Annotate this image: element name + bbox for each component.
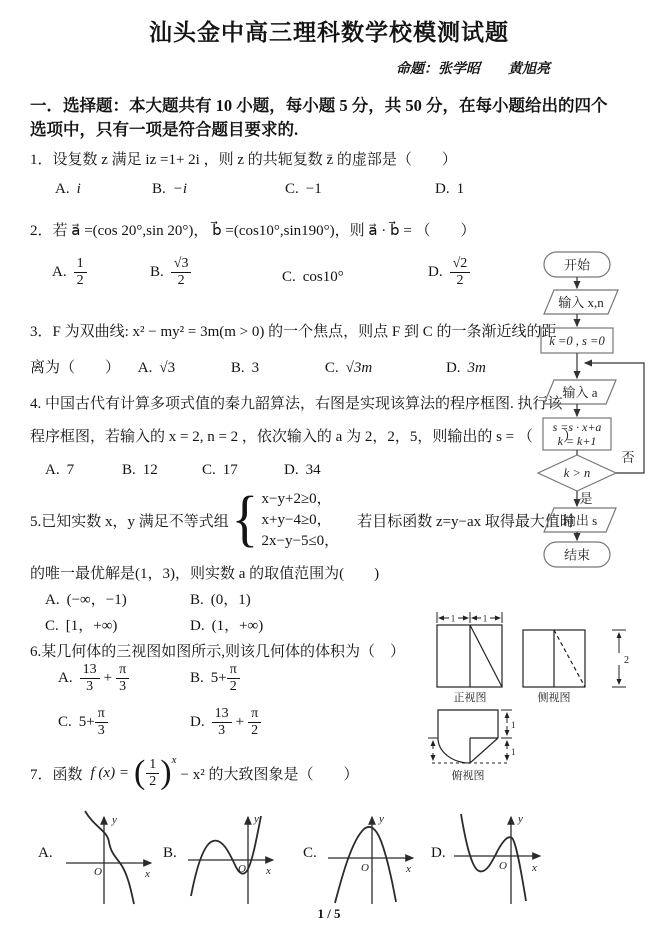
front-dim-2: 1 — [483, 614, 488, 624]
start-label: 开始 — [564, 258, 591, 273]
y-axis-label: y — [253, 813, 259, 825]
x-axis-label: x — [405, 863, 411, 875]
three-view-diagram: 1 1 正视图 2 侧视图 — [426, 607, 658, 789]
curve — [191, 816, 261, 896]
front-view — [437, 625, 502, 687]
exam-page: 汕头金中高三理科数学校模测试题 命题：张学昭 黄旭亮 一．选择题：本大题共有 1… — [0, 0, 658, 934]
option: C.17 — [202, 462, 238, 479]
question-3-text: 3．F 为双曲线: x² − my² = 3m(m > 0) 的一个焦点，则点 … — [30, 320, 556, 341]
graph-a: y x O — [62, 808, 162, 908]
option: D. 133 + π2 — [190, 706, 261, 738]
front-view-dims — [437, 612, 502, 623]
graph-label-b: B. — [163, 845, 177, 862]
origin-label: O — [238, 863, 246, 875]
question-5-text: 5.已知实数 x，y 满足不等式组 { x−y+2≥0， x+y−4≥0， 2x… — [30, 484, 575, 556]
option: D.34 — [284, 462, 321, 479]
option: C.cos10° — [282, 269, 344, 286]
option: B.12 — [122, 462, 158, 479]
front-view-label: 正视图 — [454, 691, 487, 704]
curve — [461, 814, 526, 901]
origin-label: O — [94, 866, 102, 878]
system-brace: { — [231, 492, 258, 548]
option: D.√22 — [428, 256, 470, 288]
option: B.3 — [231, 360, 259, 376]
assign-line-1: s =s · x+a — [553, 420, 602, 434]
question-2-text: 2．若 a⃗ =(cos 20°,sin 20°)， b⃗ =(cos10°,s… — [30, 219, 476, 240]
authors-line: 命题：张学昭 黄旭亮 — [396, 58, 550, 78]
output-label: 输出 s — [563, 513, 597, 528]
question-4-line2: 程序框图，若输入的 x = 2, n = 2 ，依次输入的 a 为 2，2，5，… — [30, 425, 578, 446]
top-dim-2: 1 — [511, 747, 516, 757]
top-view-label: 俯视图 — [452, 769, 485, 782]
origin-label: O — [361, 862, 369, 874]
x-axis-label: x — [265, 865, 271, 877]
side-view — [523, 630, 585, 687]
question-3-line2: 离为（ ） A.√3 B.3 C.√3m D.3m — [30, 356, 486, 377]
x-axis-label: x — [531, 862, 537, 874]
graph-label-d: D. — [431, 845, 446, 862]
option: C. 5+ π3 — [58, 706, 108, 738]
section-line-2: 选项中，只有一项是符合题目要求的. — [30, 118, 636, 142]
no-label: 否 — [621, 450, 634, 465]
y-axis-label: y — [378, 813, 384, 825]
option: A.(−∞，−1) — [45, 588, 127, 609]
option: C.√3m — [325, 360, 372, 376]
question-1-text: 1．设复数 z 满足 iz =1+ 2i ，则 z 的共轭复数 z̄ 的虚部是（… — [30, 148, 457, 169]
option: A. 133 + π3 — [58, 662, 129, 694]
init-label: k =0 , s =0 — [549, 334, 605, 348]
option: D.1 — [435, 181, 464, 198]
curve — [85, 811, 134, 904]
origin-label: O — [499, 860, 507, 872]
option: D.(1，+∞) — [190, 614, 263, 635]
option: C.−1 — [285, 181, 322, 198]
page-title: 汕头金中高三理科数学校模测试题 — [0, 14, 658, 47]
section-line-1: 一．选择题：本大题共有 10 小题，每小题 5 分，共 50 分，在每小题给出的… — [30, 94, 636, 118]
option: B.√32 — [150, 256, 191, 288]
option: A.√3 — [138, 360, 175, 376]
end-label: 结束 — [564, 548, 590, 563]
input-xn-label: 输入 x,n — [558, 295, 604, 310]
question-6-text: 6.某几何体的三视图如图所示,则该几何体的体积为（ ） — [30, 640, 405, 661]
top-view — [432, 710, 510, 763]
option: A.i — [55, 181, 81, 198]
option: A.7 — [45, 462, 74, 479]
question-7-text: 7．函数 f (x) = ( 12 ) x − x² 的大致图象是（ ） — [30, 750, 358, 796]
assign-line-2: k = k+1 — [558, 434, 597, 448]
graph-c: y x O — [326, 808, 421, 908]
side-dim-height: 2 — [624, 655, 629, 666]
graph-label-a: A. — [38, 845, 53, 862]
section-header: 一．选择题：本大题共有 10 小题，每小题 5 分，共 50 分，在每小题给出的… — [30, 94, 636, 142]
option: D.3m — [446, 360, 486, 376]
x-axis-label: x — [144, 868, 150, 880]
front-dim-1: 1 — [451, 614, 456, 624]
option: B.−i — [152, 181, 187, 198]
yes-label: 是 — [579, 491, 592, 506]
option: B.(0，1) — [190, 588, 251, 609]
graph-label-c: C. — [303, 845, 317, 862]
y-axis-label: y — [111, 814, 117, 826]
option: A.12 — [52, 256, 87, 288]
question-5-line2: 的唯一最优解是(1，3)，则实数 a 的取值范围为( ) — [30, 562, 379, 583]
algorithm-flowchart: 开始 输入 x,n k =0 , s =0 输入 a s =s · x+a k … — [520, 250, 658, 572]
condition-label: k > n — [564, 466, 590, 480]
option: C.[1，+∞) — [45, 614, 117, 635]
y-axis-label: y — [517, 813, 523, 825]
graph-d: y x O — [450, 808, 550, 908]
option: B. 5+ π2 — [190, 662, 240, 694]
page-number: 1 / 5 — [0, 906, 658, 922]
input-a-label: 输入 a — [562, 385, 597, 400]
top-dim-1: 1 — [511, 720, 516, 730]
question-4-text: 4. 中国古代有计算多项式值的秦九韶算法，右图是实现该算法的程序框图. 执行该 — [30, 392, 563, 413]
inequality-system: x−y+2≥0， x+y−4≥0， 2x−y−5≤0， — [262, 489, 340, 552]
side-view-label: 侧视图 — [538, 691, 571, 704]
graph-b: y x O — [186, 808, 281, 908]
